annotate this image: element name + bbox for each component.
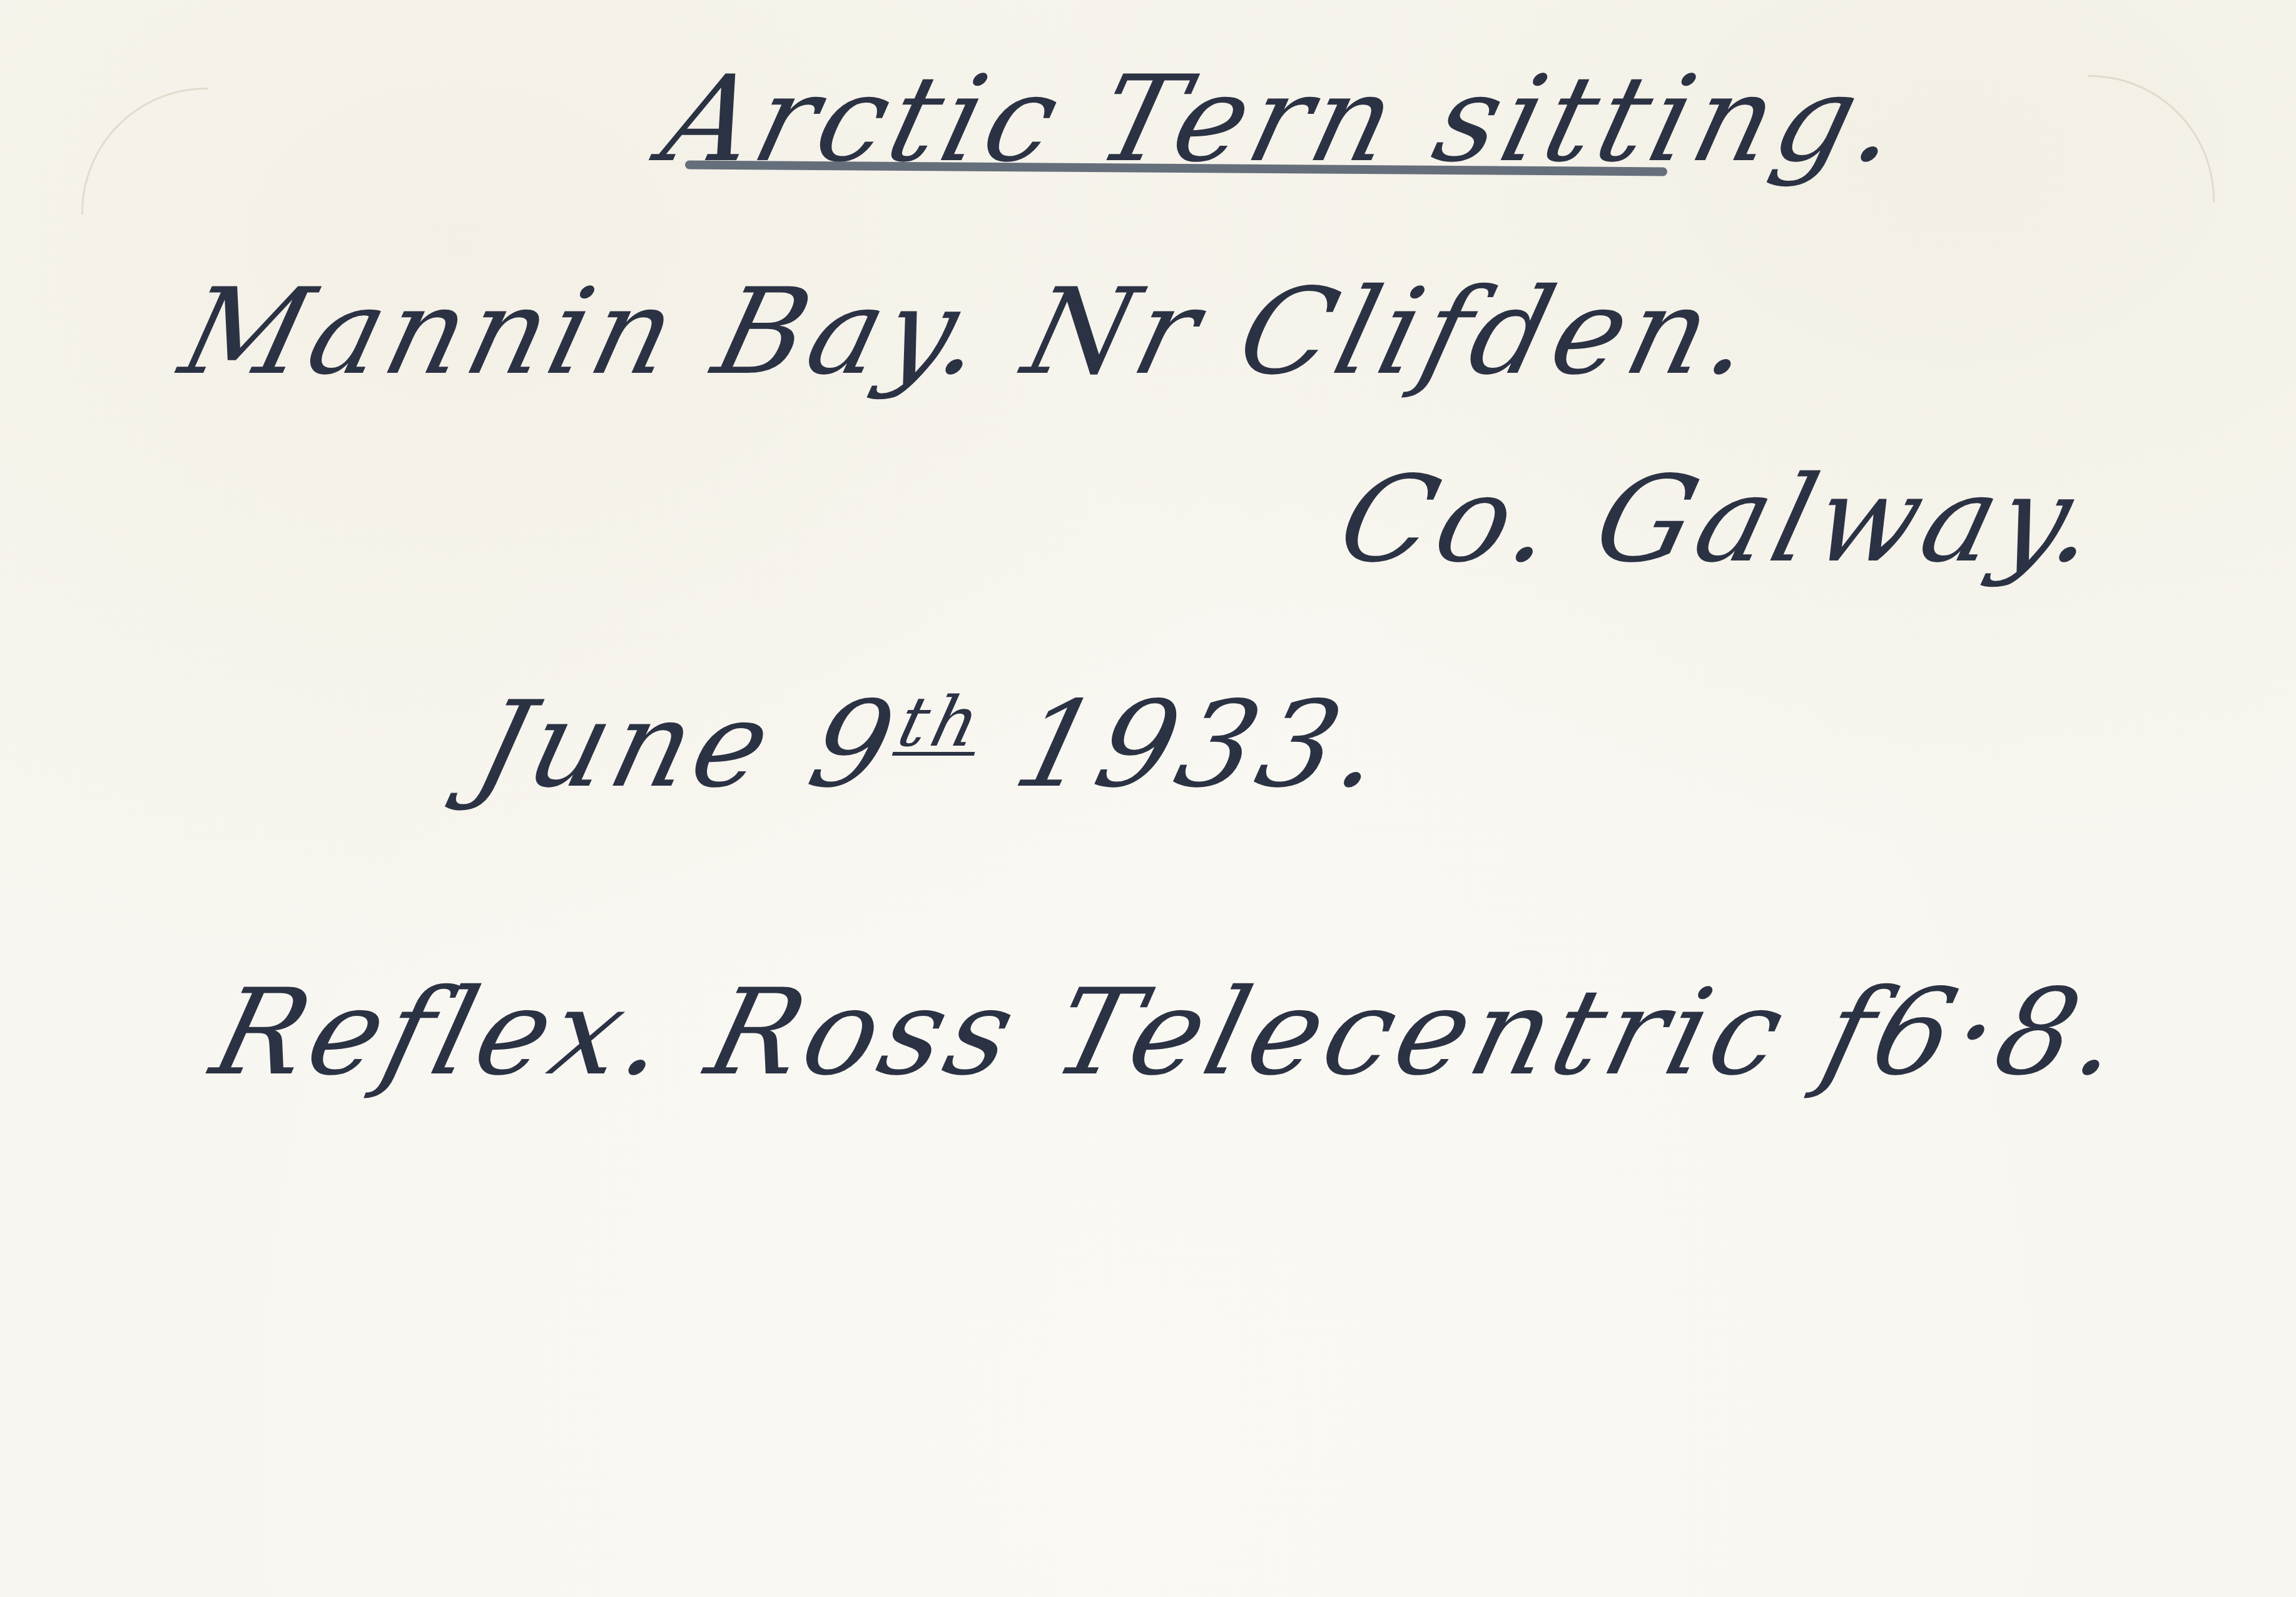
- equipment-line: Reflex. Ross Telecentric f6·8.: [200, 963, 2140, 1102]
- date-month: June: [463, 676, 788, 814]
- corner-mount-mark: [81, 88, 208, 215]
- handwritten-card: Arctic Tern sitting. Mannin Bay. Nr Clif…: [0, 0, 2296, 1597]
- corner-mount-mark: [2088, 75, 2215, 202]
- location-line-1: Mannin Bay. Nr Clifden.: [169, 263, 1772, 401]
- date-year: 1933.: [1002, 676, 1402, 814]
- location-line-2: Co. Galway.: [1326, 450, 2118, 589]
- date-line: June 9th 1933.: [463, 676, 1402, 814]
